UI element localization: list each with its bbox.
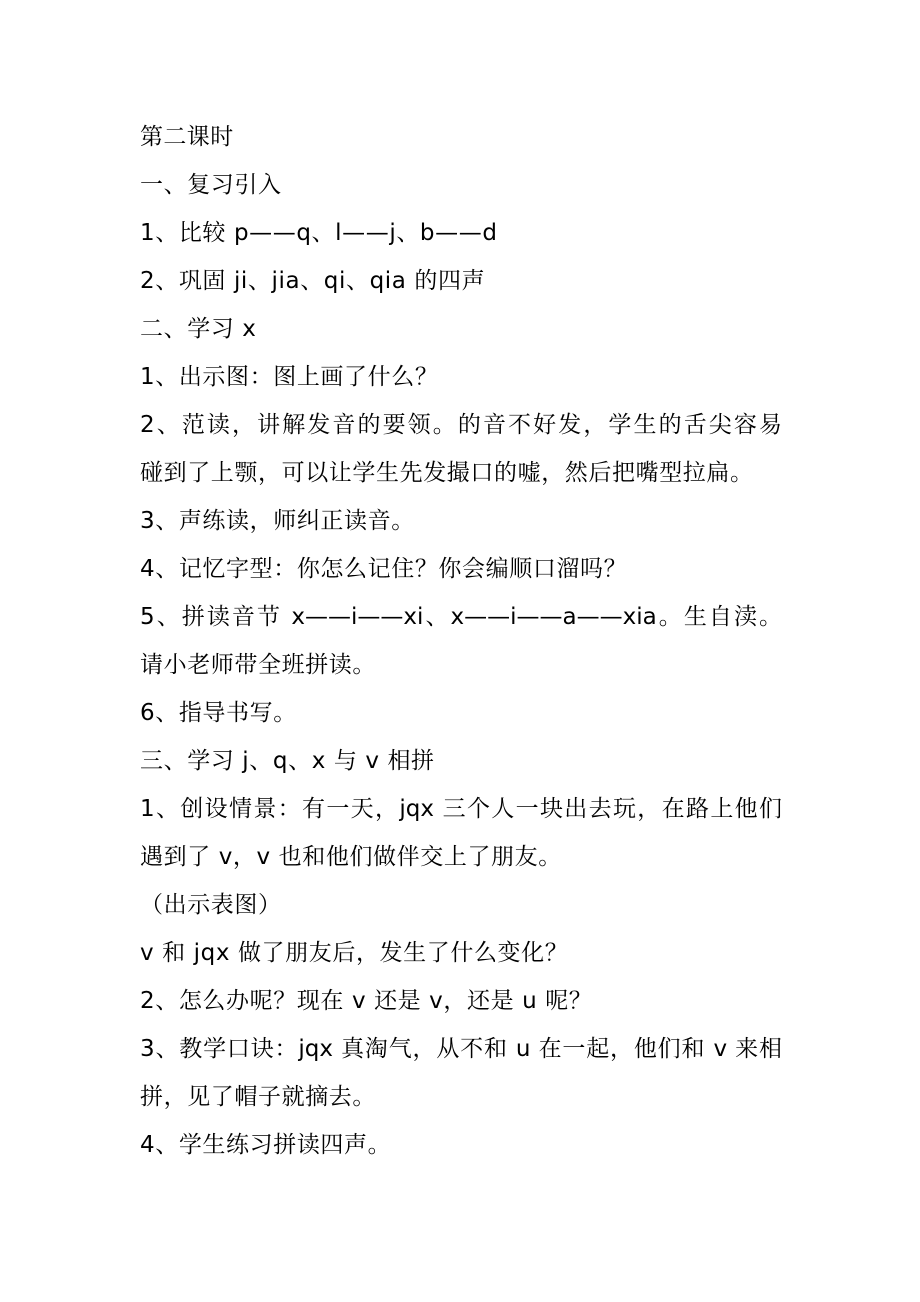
section-3-show-chart-note: （出示表图） bbox=[140, 881, 782, 929]
section-3-question: v 和 jqx 做了朋友后，发生了什么变化？ bbox=[140, 929, 782, 977]
section-2-item-6: 6、指导书写。 bbox=[140, 689, 782, 737]
section-heading-review: 一、复习引入 bbox=[140, 161, 782, 209]
section-heading-learn-x: 二、学习 x bbox=[140, 305, 782, 353]
lesson-plan-body: 第二课时 一、复习引入 1、比较 p——q、l——j、b——d 2、巩固 ji、… bbox=[140, 113, 782, 1169]
section-2-item-2-line-2: 碰到了上颚，可以让学生先发撮口的嘘，然后把嘴型拉扁。 bbox=[140, 449, 782, 497]
section-3-item-1-line-2: 遇到了 v，v 也和他们做伴交上了朋友。 bbox=[140, 833, 782, 881]
document-page: 第二课时 一、复习引入 1、比较 p——q、l——j、b——d 2、巩固 ji、… bbox=[0, 0, 920, 1302]
section-2-item-5-line-1: 5、拼读音节 x——i——xi、x——i——a——xia。生自渎。 bbox=[140, 593, 782, 641]
section-2-item-3: 3、声练读，师纠正读音。 bbox=[140, 497, 782, 545]
section-3-item-2: 2、怎么办呢？现在 v 还是 v，还是 u 呢？ bbox=[140, 977, 782, 1025]
section-1-item-1: 1、比较 p——q、l——j、b——d bbox=[140, 209, 782, 257]
section-2-item-4: 4、记忆字型：你怎么记住？你会编顺口溜吗？ bbox=[140, 545, 782, 593]
section-1-item-2: 2、巩固 ji、jia、qi、qia 的四声 bbox=[140, 257, 782, 305]
section-2-item-5-line-2: 请小老师带全班拼读。 bbox=[140, 641, 782, 689]
lesson-title: 第二课时 bbox=[140, 113, 782, 161]
section-2-item-1: 1、出示图：图上画了什么？ bbox=[140, 353, 782, 401]
section-2-item-2-line-1: 2、范读，讲解发音的要领。的音不好发，学生的舌尖容易 bbox=[140, 401, 782, 449]
section-3-item-3-line-2: 拼，见了帽子就摘去。 bbox=[140, 1073, 782, 1121]
section-heading-learn-jqx-v: 三、学习 j、q、x 与 v 相拼 bbox=[140, 737, 782, 785]
section-3-item-4: 4、学生练习拼读四声。 bbox=[140, 1121, 782, 1169]
section-3-item-3-line-1: 3、教学口诀：jqx 真淘气，从不和 u 在一起，他们和 v 来相 bbox=[140, 1025, 782, 1073]
section-3-item-1-line-1: 1、创设情景：有一天，jqx 三个人一块出去玩，在路上他们 bbox=[140, 785, 782, 833]
